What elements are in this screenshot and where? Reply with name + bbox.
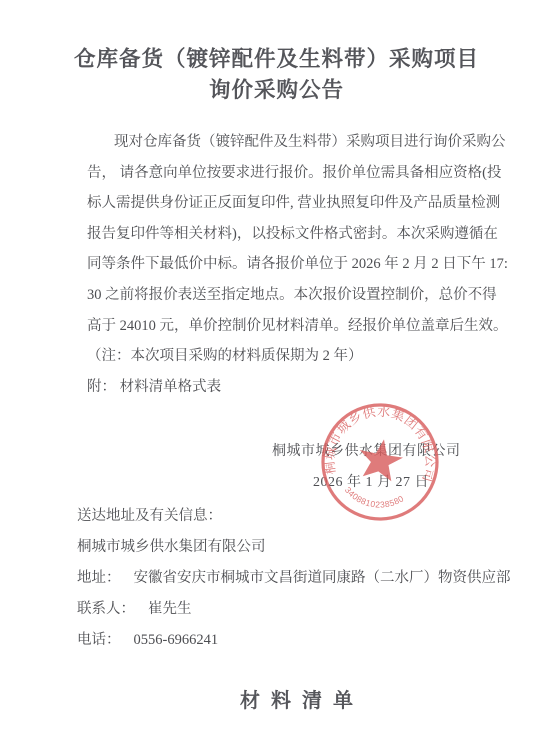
address-label: 地址： — [77, 570, 121, 586]
person-value: 崔先生 — [148, 601, 192, 617]
doc-body: 现对仓库备货（镀锌配件及生料带）采购项目进行询价采购公 告， 请各意向单位按要求… — [87, 127, 517, 402]
contact-block: 送达地址及有关信息： 桐城市城乡供水集团有限公司 地址：安徽省安庆市桐城市文昌街… — [77, 501, 517, 655]
body-line: 现对仓库备货（镀锌配件及生料带）采购项目进行询价采购公 — [87, 127, 517, 158]
doc-title-line1: 仓库备货（镀锌配件及生料带）采购项目 — [0, 44, 553, 75]
phone-label: 电话： — [77, 632, 121, 648]
body-line: 30 之前将报价表送至指定地点。本次报价设置控制价，总价不得 — [87, 280, 517, 311]
address-value: 安徽省安庆市桐城市文昌街道同康路（二水厂）物资供应部 — [134, 570, 511, 586]
signature-date: 2026 年 1 月 27 日 — [313, 471, 429, 491]
person-label: 联系人： — [77, 601, 135, 617]
doc-title-line2: 询价采购公告 — [0, 75, 553, 106]
material-list-title: 材 料 清 单 — [240, 684, 356, 713]
contact-phone: 电话：0556-6966241 — [77, 625, 517, 656]
contact-address: 地址：安徽省安庆市桐城市文昌街道同康路（二水厂）物资供应部 — [77, 563, 517, 594]
body-line: 同等条件下最低价中标。请各报价单位于 2026 年 2 月 2 日下午 17: — [87, 249, 517, 280]
contact-company: 桐城市城乡供水集团有限公司 — [77, 532, 517, 563]
contact-person: 联系人：崔先生 — [77, 594, 517, 625]
signature-company: 桐城市城乡供水集团有限公司 — [272, 440, 461, 460]
body-line: 报告复印件等相关材料)，以投标文件格式密封。本次采购遵循在 — [87, 219, 517, 250]
contact-heading: 送达地址及有关信息： — [77, 501, 517, 532]
doc-title: 仓库备货（镀锌配件及生料带）采购项目 询价采购公告 — [0, 44, 553, 106]
body-line: 高于 24010 元，单价控制价见材料清单。经报价单位盖章后生效。 — [87, 311, 517, 342]
body-line: 标人需提供身份证正反面复印件, 营业执照复印件及产品质量检测 — [87, 188, 517, 219]
attachment-line: 附： 材料清单格式表 — [87, 372, 517, 403]
note-line: （注：本次项目采购的材料质保期为 2 年） — [87, 341, 517, 372]
phone-value: 0556-6966241 — [134, 632, 219, 648]
body-line: 告， 请各意向单位按要求进行报价。报价单位需具备相应资格(投 — [87, 158, 517, 189]
document-page: 仓库备货（镀锌配件及生料带）采购项目 询价采购公告 现对仓库备货（镀锌配件及生料… — [0, 0, 553, 745]
